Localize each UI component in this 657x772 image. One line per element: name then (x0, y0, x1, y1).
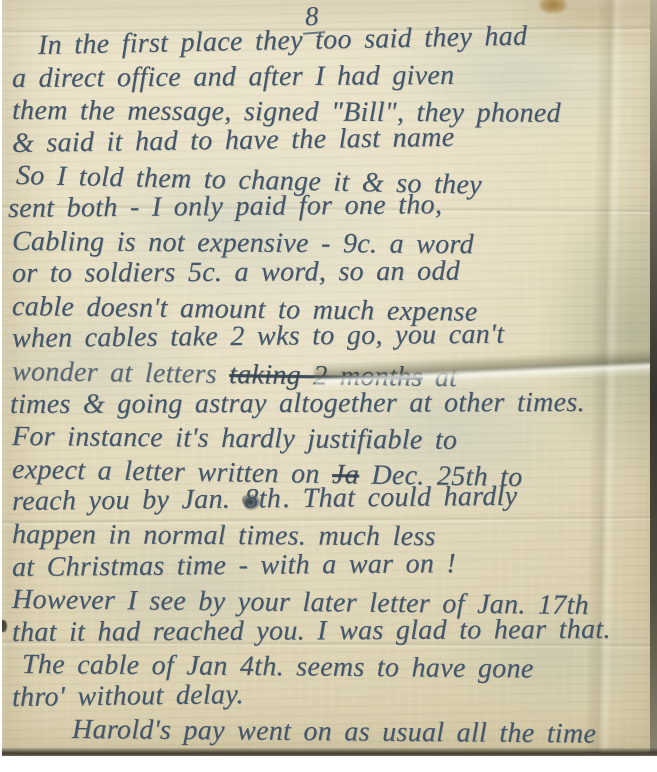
letter-line: reach you by Jan. 8th. That could hardly (12, 480, 651, 519)
page-edge-right (650, 0, 657, 756)
letter-text: that it had reached you. I was glad to h… (12, 614, 611, 648)
letter-text: reach you by Jan. (12, 484, 243, 517)
page-edge-bottom (2, 748, 657, 756)
stain-mark (538, 0, 568, 14)
letter-line: a direct office and after I had given (12, 58, 651, 95)
letter-line: when cables take 2 wks to go, you can't (12, 318, 651, 356)
letter-text: sent both - I only paid for one tho, (8, 189, 442, 224)
scanned-letter-page: 8 In the first place they too said they … (0, 0, 657, 772)
letter-line: In the first place they too said they ha… (38, 18, 652, 62)
letter-line: For instance it's hardly justifiable to (12, 421, 651, 459)
letter-line: thro' without delay. (12, 674, 651, 714)
letter-body: In the first place they too said they ha… (12, 30, 651, 747)
letter-text: happen in normal times. much less (12, 519, 436, 552)
letter-line: or to soldiers 5c. a word, so an odd (12, 255, 651, 291)
letter-paper: 8 In the first place they too said they … (2, 0, 657, 756)
letter-text: In the first place they too said they ha… (38, 21, 528, 61)
letter-text: Harold's pay went on as usual all the ti… (72, 714, 596, 750)
letter-text: a direct office and after I had given (12, 60, 455, 94)
paper-edge-notch (2, 620, 7, 632)
letter-line: that it had reached you. I was glad to h… (12, 613, 651, 649)
letter-line: sent both - I only paid for one tho, (8, 187, 651, 225)
letter-text: times & going astray altogether at other… (10, 387, 585, 420)
letter-text: . That could hardly (283, 481, 518, 514)
letter-text: Cabling is not expensive - 9c. a word (12, 226, 474, 260)
letter-line: at Christmas time - with a war on ! (12, 546, 651, 584)
letter-text: at Christmas time - with a war on ! (12, 548, 456, 583)
letter-text: & said it had to have the last name (12, 122, 455, 159)
letter-line: Harold's pay went on as usual all the ti… (72, 714, 651, 752)
letter-text: wonder at letters (12, 356, 230, 390)
letter-text-blot: 8th (242, 483, 283, 514)
letter-text: or to soldiers 5c. a word, so an odd (12, 256, 460, 289)
letter-text: For instance it's hardly justifiable to (12, 421, 458, 456)
letter-line: times & going astray altogether at other… (10, 386, 651, 421)
letter-text: thro' without delay. (12, 679, 244, 713)
letter-text: when cables take 2 wks to go, you can't (12, 319, 505, 354)
